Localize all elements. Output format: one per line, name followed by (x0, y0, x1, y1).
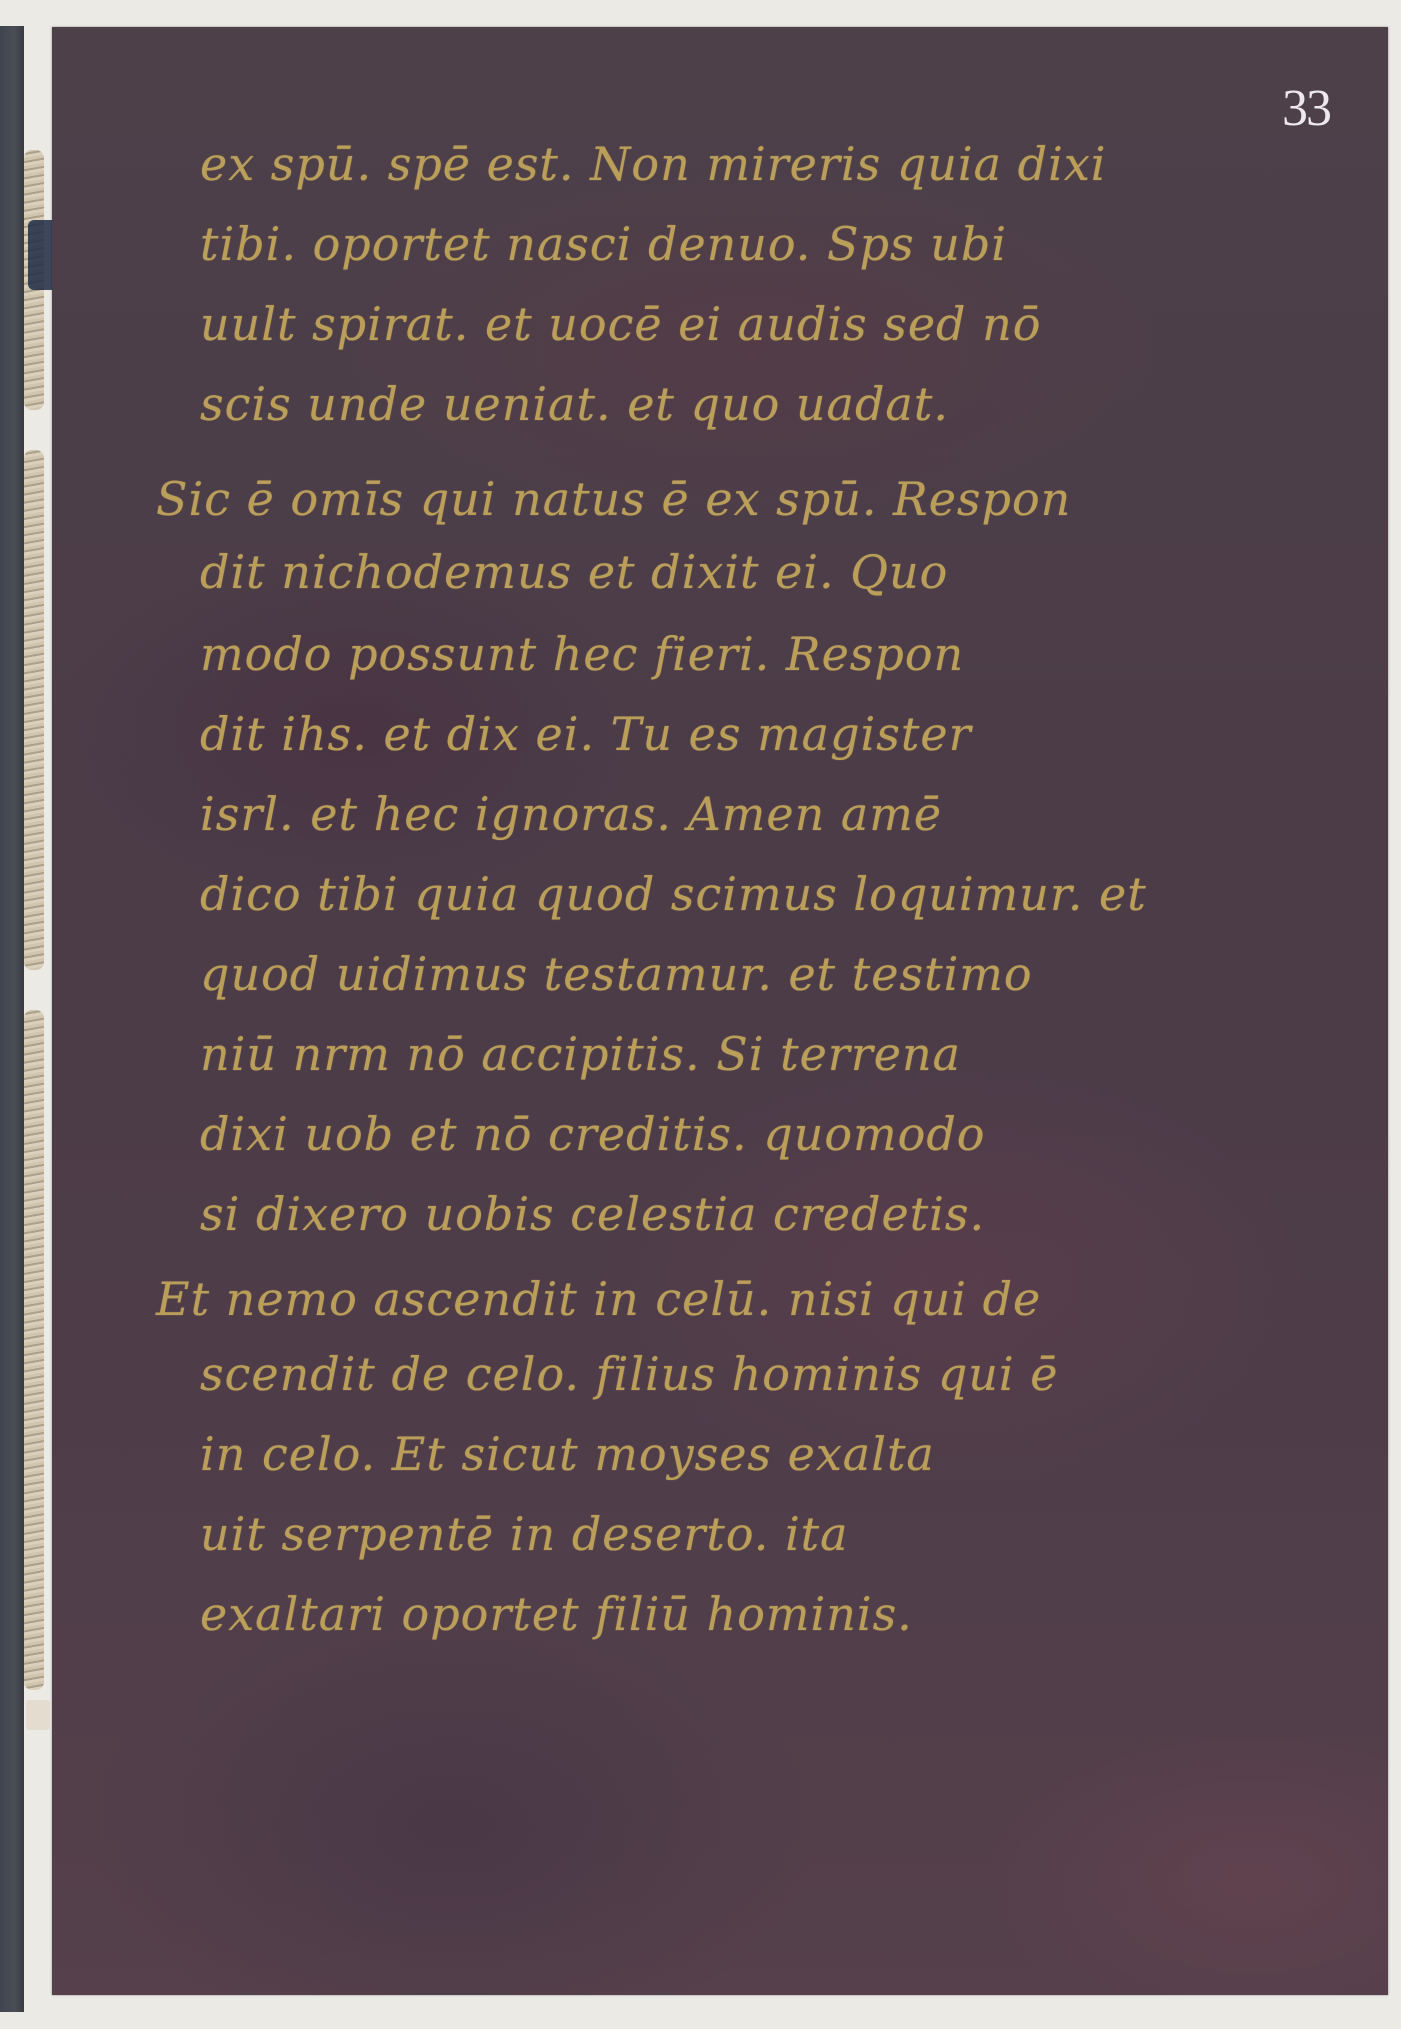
text-line: niū nrm nō accipitis. Si terrena (200, 1027, 961, 1081)
text-line: uult spirat. et uocē ei audis sed nō (200, 297, 1041, 351)
text-line: dit ihs. et dix ei. Tu es magister (200, 707, 972, 761)
text-line: quod uidimus testamur. et testimo (200, 947, 1033, 1001)
text-line: dixi uob et nō creditis. quomodo (200, 1107, 986, 1161)
text-line: si dixero uobis celestia credetis. (200, 1187, 985, 1241)
text-line-initial: Sic ē omīs qui natus ē ex spū. Respon (156, 472, 1071, 526)
text-line: tibi. oportet nasci denuo. Sps ubi (200, 217, 1007, 271)
text-line: dico tibi quia quod scimus loquimur. et (200, 867, 1147, 921)
text-line: modo possunt hec fieri. Respon (200, 627, 964, 681)
text-line: dit nichodemus et dixit ei. Quo (200, 545, 948, 599)
manuscript-page: 33 ex spū. spē est. Non mireris quia dix… (52, 27, 1388, 1995)
binding-band (26, 1700, 50, 1730)
text-line: exaltari oportet filiū hominis. (200, 1587, 913, 1641)
text-block: ex spū. spē est. Non mireris quia dixi t… (52, 27, 1388, 1995)
text-line: scendit de celo. filius hominis qui ē (200, 1347, 1058, 1401)
binding-thread (24, 1010, 44, 1690)
background-corner (0, 0, 40, 26)
text-line: ex spū. spē est. Non mireris quia dixi (200, 137, 1106, 191)
text-line: in celo. Et sicut moyses exalta (200, 1427, 935, 1481)
text-line: uit serpentē in deserto. ita (200, 1507, 849, 1561)
binding-thread (24, 450, 44, 970)
text-line: isrl. et hec ignoras. Amen amē (200, 787, 942, 841)
text-line-initial: Et nemo ascendit in celū. nisi qui de (156, 1272, 1041, 1326)
text-line: scis unde ueniat. et quo uadat. (200, 377, 949, 431)
